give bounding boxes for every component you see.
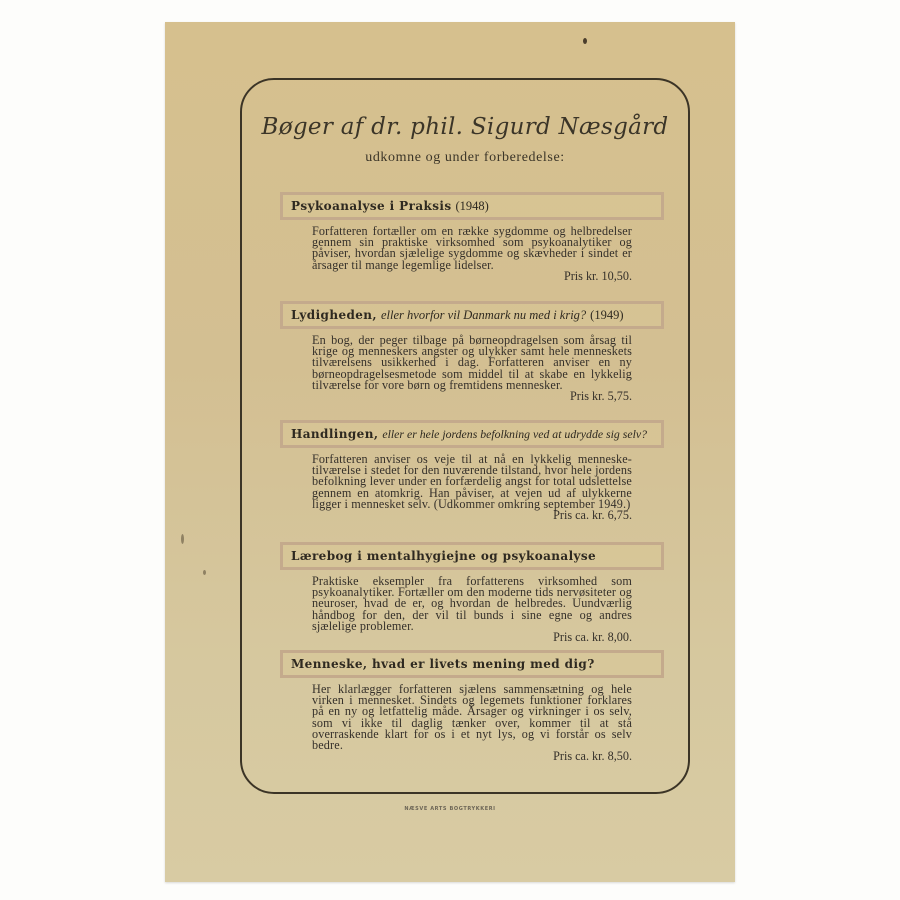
book-description: Praktiske eksempler fra forfatterens vir… (312, 576, 632, 632)
rounded-border-frame: Bøger af dr. phil. Sigurd Næsgård udkomn… (240, 78, 690, 794)
book-subtitle: eller hvorfor vil Danmark nu med i krig? (381, 308, 586, 322)
book-entry: Handlingen, eller er hele jordens befolk… (280, 420, 664, 521)
book-title: Handlingen, (291, 427, 378, 441)
book-price: Pris kr. 10,50. (312, 271, 632, 282)
ink-speck (203, 570, 206, 575)
book-description: Forfatteren anviser os veje til at nå en… (312, 454, 632, 510)
book-year: (1949) (590, 308, 623, 322)
book-heading-bar: Psykoanalyse i Praksis (1948) (280, 192, 664, 220)
page-subtitle: udkomne og under forberedelse: (242, 150, 688, 166)
book-price: Pris ca. kr. 8,00. (312, 632, 632, 643)
book-subtitle: eller er hele jordens befolkning ved at … (382, 427, 647, 441)
book-description: Forfatteren fortæller om en række sygdom… (312, 226, 632, 271)
printer-imprint: NÆSVE ARTS BOGTRYKKERI (165, 806, 735, 812)
book-heading-bar: Menneske, hvad er livets mening med dig? (280, 650, 664, 678)
book-entry: Lærebog i mentalhygiejne og psykoanalyse… (280, 542, 664, 643)
book-entry: Lydigheden, eller hvorfor vil Danmark nu… (280, 301, 664, 402)
book-title: Psykoanalyse i Praksis (291, 199, 452, 213)
book-heading-bar: Lydigheden, eller hvorfor vil Danmark nu… (280, 301, 664, 329)
ink-speck (583, 38, 587, 44)
page-title: Bøger af dr. phil. Sigurd Næsgård (242, 114, 688, 140)
book-price: Pris kr. 5,75. (312, 391, 632, 402)
book-entry: Menneske, hvad er livets mening med dig?… (280, 650, 664, 762)
book-year: (1948) (455, 199, 488, 213)
book-title: Menneske, hvad er livets mening med dig? (291, 657, 595, 671)
book-heading-bar: Lærebog i mentalhygiejne og psykoanalyse (280, 542, 664, 570)
book-description: En bog, der peger tilbage på børneopdrag… (312, 335, 632, 391)
ink-speck (181, 534, 184, 544)
book-description: Her klarlægger forfatteren sjælens samme… (312, 684, 632, 751)
book-heading-bar: Handlingen, eller er hele jordens befolk… (280, 420, 664, 448)
book-title: Lærebog i mentalhygiejne og psykoanalyse (291, 549, 596, 563)
book-price: Pris ca. kr. 6,75. (312, 510, 632, 521)
book-title: Lydigheden, (291, 308, 377, 322)
book-price: Pris ca. kr. 8,50. (312, 751, 632, 762)
pamphlet-back-cover: Bøger af dr. phil. Sigurd Næsgård udkomn… (165, 22, 735, 882)
book-entry: Psykoanalyse i Praksis (1948) Forfattere… (280, 192, 664, 282)
